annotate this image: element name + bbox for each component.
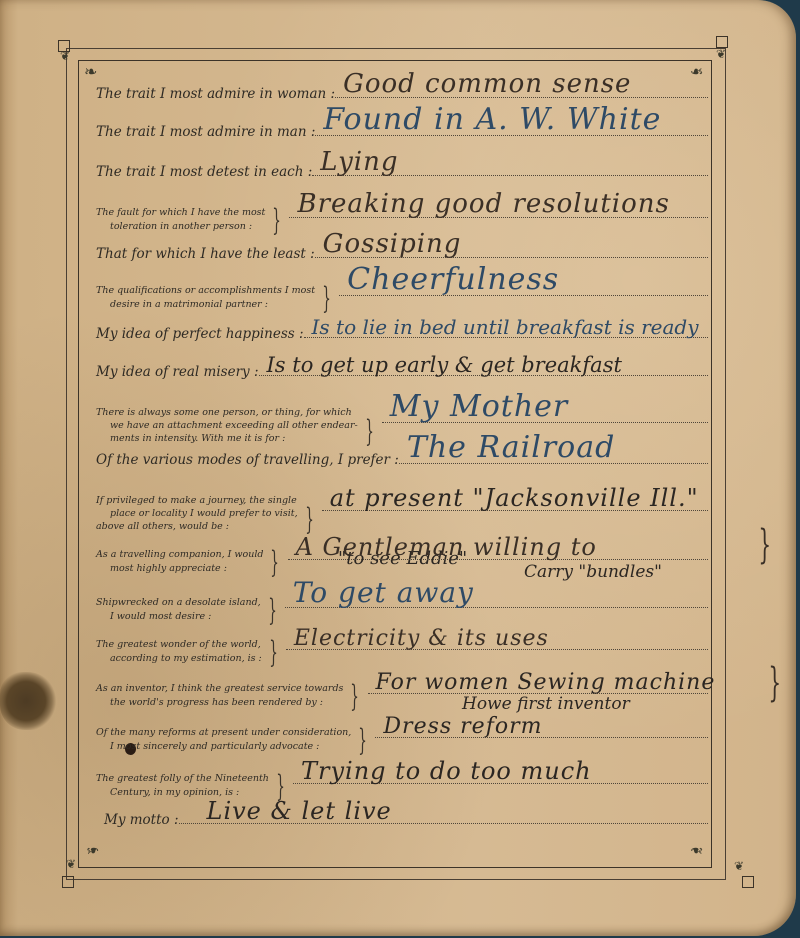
entry-reforms: Of the many reforms at present under con…: [96, 726, 708, 754]
entry-answer: Gossiping: [323, 229, 462, 259]
answer-line: at present "Jacksonville Ill.": [322, 510, 708, 511]
answer-line: Live & let live: [179, 823, 709, 824]
entry-prompt: The trait I most admire in man :: [96, 124, 315, 140]
entry-answer: Found in A. W. White: [323, 102, 661, 137]
brace-icon: }: [269, 640, 278, 666]
entry-answer: A Gentleman willing to: [296, 533, 597, 561]
answer-line: Electricity & its uses: [286, 649, 708, 650]
entry-motto: My motto : Live & let live: [104, 812, 708, 828]
brace-icon: }: [359, 728, 368, 754]
entry-answer: Dress reform: [383, 714, 542, 739]
leaf-ornament-icon: ❧: [84, 64, 97, 80]
answer-line: Good common sense: [335, 97, 708, 98]
entry-answer: The Railroad: [407, 430, 615, 465]
entry-admire-woman: The trait I most admire in woman : Good …: [96, 86, 708, 102]
entry-prompt: Shipwrecked on a desolate island, I woul…: [96, 596, 261, 624]
entry-prompt: The trait I most admire in woman :: [96, 86, 335, 102]
answer-line: Gossiping: [315, 257, 708, 258]
brace-icon: }: [351, 684, 360, 710]
brace-icon: }: [365, 419, 374, 445]
entry-admire-man: The trait I most admire in man : Found i…: [96, 124, 708, 140]
entry-least-toleration: That for which I have the least : Gossip…: [96, 246, 708, 262]
entry-answer: Is to lie in bed until breakfast is read…: [312, 315, 699, 339]
entry-detest-each: The trait I most detest in each : Lying: [96, 164, 708, 180]
answer-line: To get away: [285, 607, 708, 608]
leaf-ornament-icon: ❧: [690, 842, 703, 858]
entry-prompt: As an inventor, I think the greatest ser…: [96, 682, 343, 710]
corner-square-bottom-right: [742, 876, 754, 888]
entry-answer: For women Sewing machine: [376, 670, 716, 695]
entry-journey-place: If privileged to make a journey, the sin…: [96, 494, 708, 533]
entry-prompt: My idea of perfect happiness :: [96, 326, 304, 342]
entry-prompt: The fault for which I have the most tole…: [96, 206, 265, 234]
leaf-ornament-icon: ❧: [86, 842, 99, 858]
entry-greatest-wonder: The greatest wonder of the world, accord…: [96, 638, 708, 666]
leaf-ornament-icon: ❧: [690, 64, 703, 80]
brace-icon: }: [758, 522, 771, 568]
entry-answer: at present "Jacksonville Ill.": [330, 484, 699, 512]
entry-answer: My Mother: [390, 389, 568, 424]
entry-answer: Breaking good resolutions: [297, 189, 669, 219]
entry-perfect-happiness: My idea of perfect happiness : Is to lie…: [96, 326, 708, 342]
entry-attachment: There is always some one person, or thin…: [96, 406, 708, 445]
answer-line: The Railroad: [399, 463, 708, 464]
entry-prompt: If privileged to make a journey, the sin…: [96, 494, 298, 533]
brace-icon: }: [271, 550, 280, 576]
entry-prompt: The greatest folly of the Nineteenth Cen…: [96, 772, 269, 800]
answer-line: Is to lie in bed until breakfast is read…: [304, 337, 708, 338]
answer-line: Found in A. W. White: [315, 135, 708, 136]
brace-icon: }: [768, 660, 781, 706]
corner-flourish-icon: ❦: [66, 858, 76, 870]
answer-line: Cheerfulness: [339, 295, 708, 296]
entry-answer-continued: Howe first inventor: [462, 694, 630, 714]
entry-prompt: As a travelling companion, I would most …: [96, 548, 263, 576]
entry-greatest-folly: The greatest folly of the Nineteenth Cen…: [96, 772, 708, 800]
entry-prompt: There is always some one person, or thin…: [96, 406, 358, 445]
corner-flourish-icon: ❦: [716, 48, 726, 60]
entry-prompt: The trait I most detest in each :: [96, 164, 312, 180]
album-page: ❧ ❧ ❧ ❧ ❦ ❦ ❦ ❦ The trait I most admire …: [0, 0, 796, 936]
entry-prompt: Of the various modes of travelling, I pr…: [96, 452, 399, 468]
answer-line: Trying to do too much: [293, 783, 708, 784]
brace-icon: }: [273, 208, 282, 234]
entry-prompt: My motto :: [104, 812, 179, 828]
entry-answer: Electricity & its uses: [294, 626, 549, 651]
entry-answer: Cheerfulness: [347, 262, 559, 297]
entry-prompt: That for which I have the least :: [96, 246, 315, 262]
entry-travel-mode: Of the various modes of travelling, I pr…: [96, 452, 708, 468]
corner-flourish-icon: ❦: [60, 50, 70, 62]
corner-square-bottom-left: [62, 876, 74, 888]
answer-line: A Gentleman willing to: [288, 559, 708, 560]
corner-flourish-icon: ❦: [734, 860, 744, 872]
entry-answer-continued: Carry "bundles": [524, 562, 662, 582]
entry-shipwrecked: Shipwrecked on a desolate island, I woul…: [96, 596, 708, 624]
answer-line: Is to get up early & get breakfast: [259, 375, 708, 376]
entry-answer: Trying to do too much: [301, 757, 592, 785]
answer-line: Breaking good resolutions: [289, 217, 708, 218]
entry-answer: Lying: [320, 147, 398, 177]
brace-icon: }: [268, 598, 277, 624]
ink-blot: [0, 672, 58, 730]
entry-prompt: The qualifications or accomplishments I …: [96, 284, 315, 312]
entry-real-misery: My idea of real misery : Is to get up ea…: [96, 364, 708, 380]
entry-prompt: Of the many reforms at present under con…: [96, 726, 351, 754]
entry-answer: To get away: [293, 576, 474, 609]
entry-answer: Is to get up early & get breakfast: [267, 353, 622, 377]
brace-icon: }: [305, 507, 314, 533]
entry-prompt: My idea of real misery :: [96, 364, 259, 380]
answer-line: Lying: [312, 175, 708, 176]
entry-matrimonial-partner: The qualifications or accomplishments I …: [96, 284, 708, 312]
answer-line: My Mother: [382, 422, 708, 423]
answer-line: Dress reform: [375, 737, 708, 738]
entry-prompt: The greatest wonder of the world, accord…: [96, 638, 262, 666]
entry-answer: Good common sense: [343, 69, 631, 99]
brace-icon: }: [322, 286, 331, 312]
entry-answer: Live & let live: [207, 797, 392, 825]
